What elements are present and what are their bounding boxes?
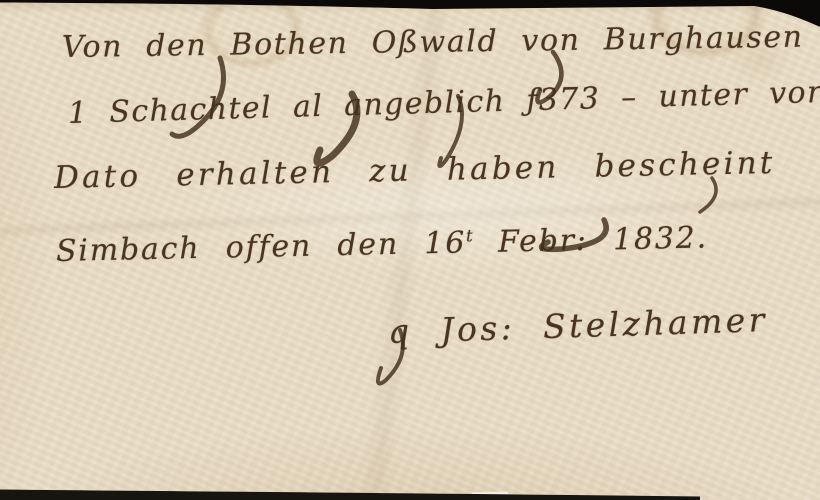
date-place-text: Simbach offen den 16 bbox=[56, 225, 467, 269]
signature: q Jos: Stelzhamer bbox=[387, 300, 768, 351]
handwritten-line-2: 1 Schachtel al angeblich ƒ373 – unter vo… bbox=[68, 72, 820, 131]
paper-sheet: Von den Bothen Oßwald von Burghausen 1 S… bbox=[0, 0, 820, 500]
handwritten-line-date: Simbach offen den 16t Febr: 1832. bbox=[56, 220, 709, 269]
scanned-document: Von den Bothen Oßwald von Burghausen 1 S… bbox=[0, 0, 820, 500]
scan-bottom-edge bbox=[0, 488, 820, 500]
date-rest-text: Febr: 1832. bbox=[472, 220, 708, 260]
scan-bottom-white-slip bbox=[472, 492, 508, 500]
handwritten-line-3: Dato erhalten zu haben bescheint bbox=[54, 145, 776, 196]
handwritten-line-1: Von den Bothen Oßwald von Burghausen bbox=[62, 20, 804, 65]
